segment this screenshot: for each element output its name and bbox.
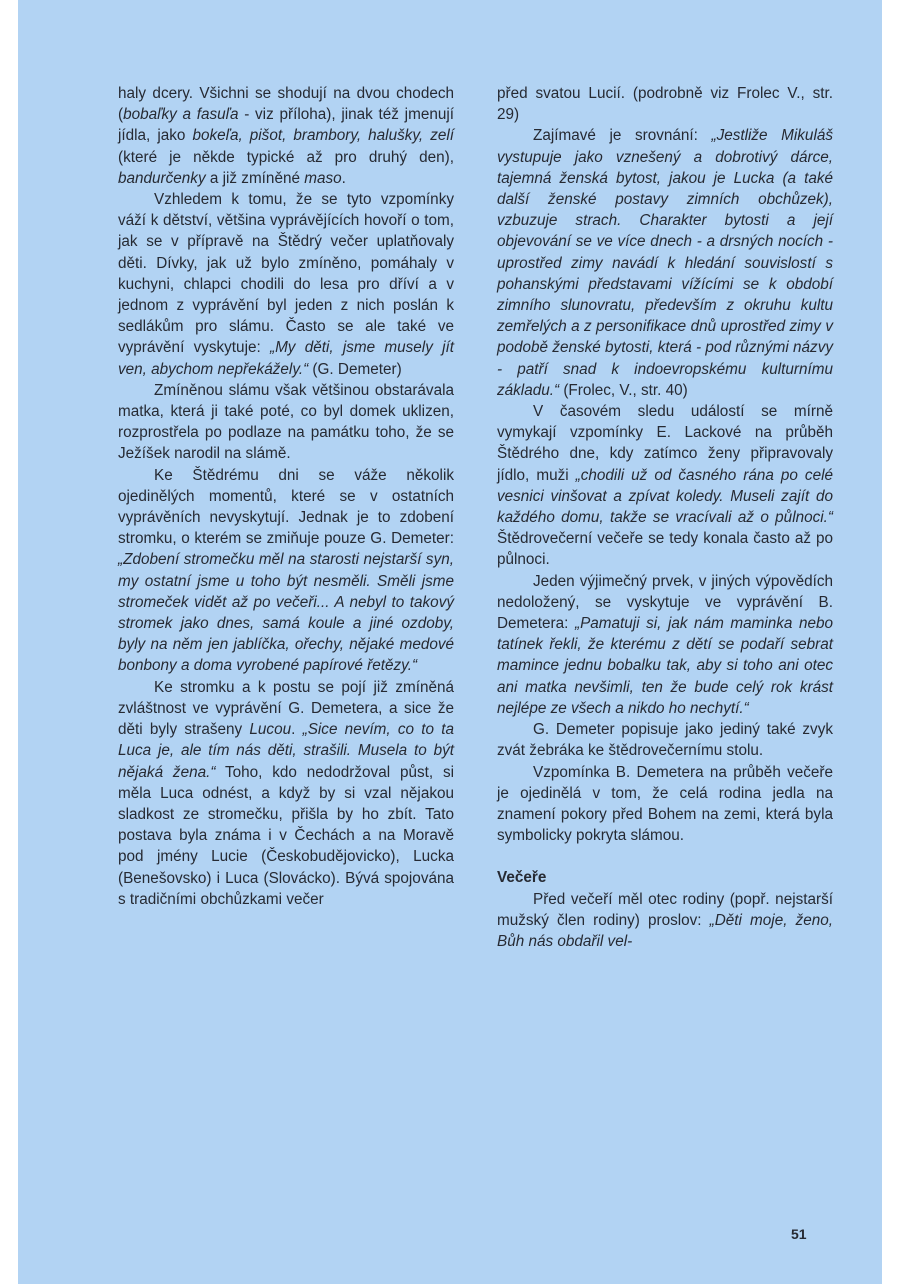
italic-text: maso <box>304 170 341 187</box>
paragraph: Vzhledem k tomu, že se tyto vzpomínky vá… <box>118 189 454 380</box>
text: a již zmíněné <box>206 170 305 187</box>
citation: (Frolec, V., str. 40) <box>559 382 688 399</box>
document-page: haly dcery. Všichni se shodují na dvou c… <box>18 0 882 1284</box>
page-number: 51 <box>791 1226 807 1242</box>
italic-text: bokeľa, pišot, brambory, halušky, zelí <box>192 127 454 144</box>
paragraph: Zajímavé je srovnání: „Jestliže Mikuláš … <box>497 125 833 401</box>
paragraph: Zmíněnou slámu však většinou obstarávala… <box>118 380 454 465</box>
paragraph: Ke Štědrému dni se váže několik ojediněl… <box>118 465 454 677</box>
text: . <box>342 170 346 187</box>
left-column: haly dcery. Všichni se shodují na dvou c… <box>118 83 454 910</box>
text: Štědrovečerní večeře se tedy konala čast… <box>497 530 833 568</box>
text: . <box>291 721 303 738</box>
paragraph: G. Demeter popisuje jako jediný také zvy… <box>497 719 833 761</box>
right-column: před svatou Lucií. (podrobně viz Frolec … <box>497 83 833 952</box>
section-heading: Večeře <box>497 867 833 888</box>
text: (které je někde typické až pro druhý den… <box>118 149 454 166</box>
text: Vzhledem k tomu, že se tyto vzpomínky vá… <box>118 191 454 356</box>
quote: „Jestliže Mikuláš vystupuje jako vznešen… <box>497 127 833 398</box>
italic-text: bobaľky a fasuľa <box>123 106 238 123</box>
text: Ke Štědrému dni se váže několik ojediněl… <box>118 467 454 548</box>
text: Zajímavé je srovnání: <box>533 127 711 144</box>
paragraph: před svatou Lucií. (podrobně viz Frolec … <box>497 83 833 125</box>
paragraph: V časovém sledu událostí se mírně vymyka… <box>497 401 833 571</box>
citation: (G. Demeter) <box>308 361 402 378</box>
italic-text: Lucou <box>249 721 291 738</box>
paragraph: Vzpomínka B. Demetera na průběh večeře j… <box>497 762 833 847</box>
paragraph: Před večeří měl otec rodiny (popř. nejst… <box>497 889 833 953</box>
paragraph: Ke stromku a k postu se pojí již zmíněná… <box>118 677 454 910</box>
paragraph: Jeden výjimečný prvek, v jiných výpovědí… <box>497 571 833 719</box>
quote: „Zdobení stromečku měl na starosti nejst… <box>118 551 454 674</box>
italic-text: bandurčenky <box>118 170 206 187</box>
text: Toho, kdo nedodržoval půst, si měla Luca… <box>118 764 454 908</box>
paragraph: haly dcery. Všichni se shodují na dvou c… <box>118 83 454 189</box>
